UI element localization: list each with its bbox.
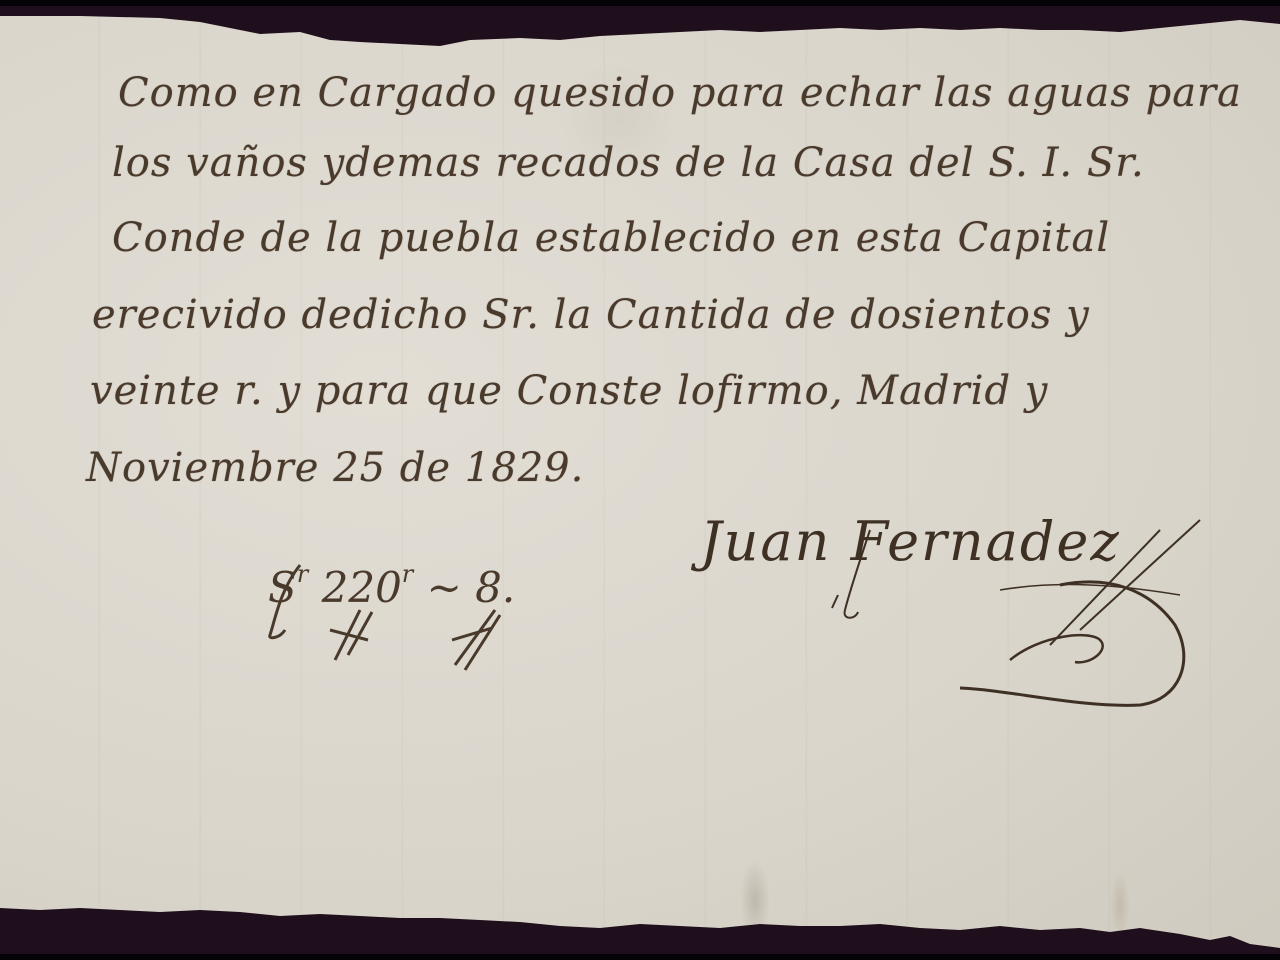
- text-line-5: veinte r. y para que Conste lofirmo, Mad…: [90, 368, 1048, 414]
- amount-notation: Sr 220r ~ 8.: [268, 560, 515, 612]
- text-line-4: erecivido dedicho Sr. la Cantida de dosi…: [92, 292, 1090, 338]
- document-frame: Como en Cargado quesido para echar las a…: [0, 0, 1280, 960]
- paper-sheet: Como en Cargado quesido para echar las a…: [0, 0, 1280, 960]
- amount-value-sup: r: [402, 560, 413, 588]
- text-line-2: los vaños ydemas recados de la Casa del …: [112, 140, 1145, 186]
- amount-prefix: S: [268, 563, 297, 612]
- text-line-6: Noviembre 25 de 1829.: [86, 445, 584, 491]
- text-line-1: Como en Cargado quesido para echar las a…: [118, 70, 1242, 116]
- amount-prefix-sup: r: [297, 560, 308, 588]
- amount-value: 220: [322, 563, 402, 612]
- signature: Juan Fernadez: [700, 510, 1121, 573]
- paper-stain: [1110, 870, 1130, 940]
- amount-suffix: ~ 8.: [427, 563, 516, 612]
- text-line-3: Conde de la puebla establecido en esta C…: [112, 215, 1110, 261]
